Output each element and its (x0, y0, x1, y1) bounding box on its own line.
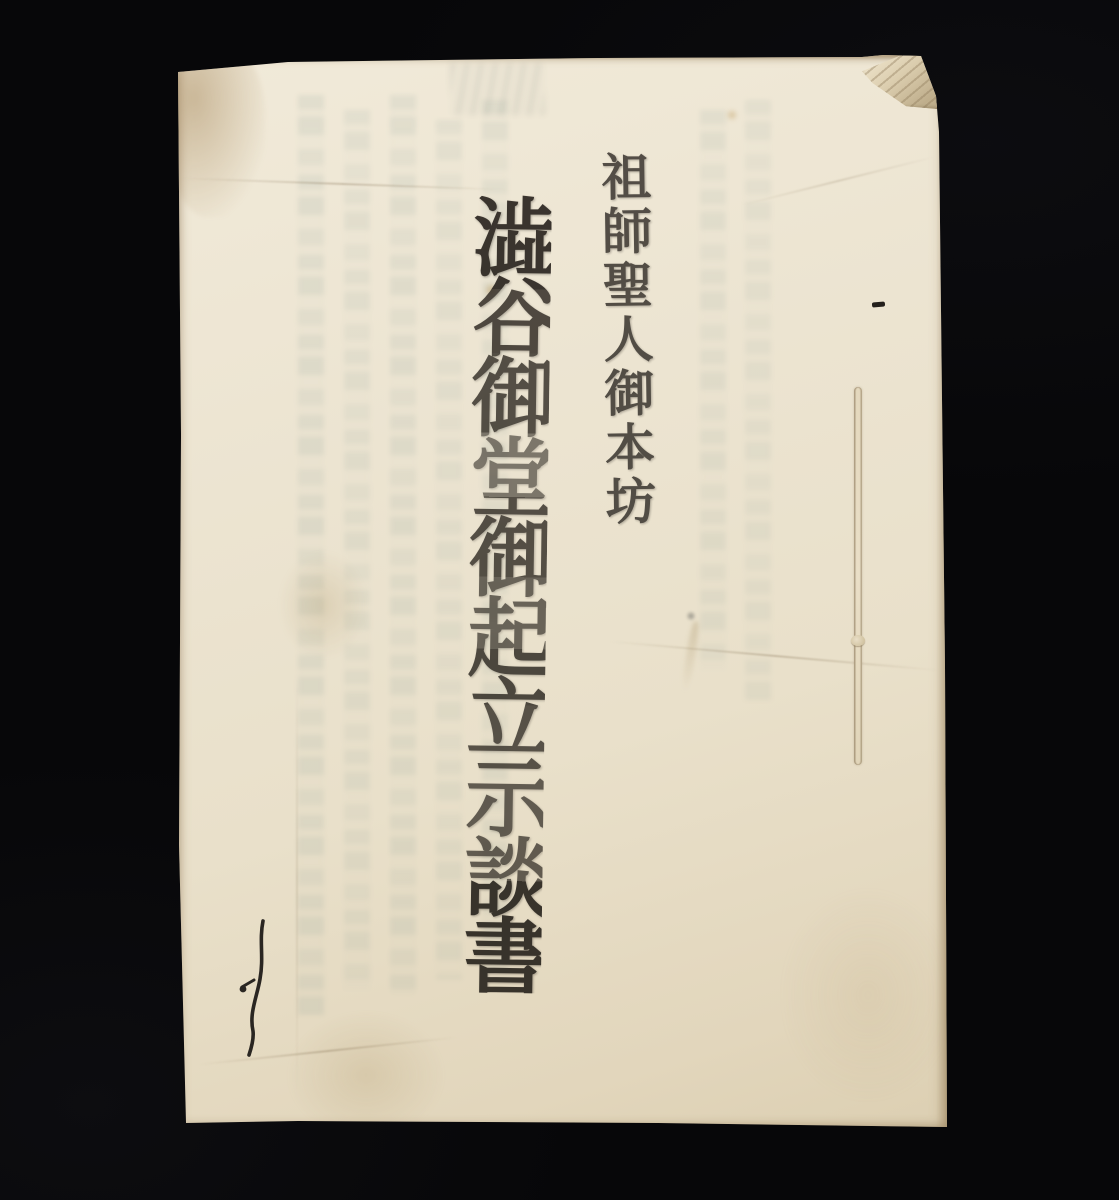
binding-stitch-thread (854, 387, 862, 765)
page-stack-edge-top (178, 55, 948, 60)
ghost-text-smudge (450, 63, 545, 115)
photo-background: { "scene": { "background_color": "#07070… (0, 0, 1119, 1200)
stain (778, 885, 958, 1105)
corner-stain (170, 47, 265, 217)
title-column: 澁谷御堂御起立示談書 (455, 192, 552, 993)
folded-corner (862, 55, 938, 109)
ghost-text-column (390, 95, 416, 995)
paper-crease (609, 640, 943, 671)
subtitle-column: 祖師聖人御本坊 (597, 151, 652, 530)
drip-streak (680, 621, 700, 694)
booklet-cover: 祖師聖人御本坊 澁谷御堂御起立示談書 (178, 55, 948, 1130)
ink-scribble-mark (236, 913, 280, 1068)
paper-crease (741, 156, 936, 206)
ghost-text-column (700, 110, 726, 670)
ghost-text-column (745, 100, 771, 700)
page-stack-edge-right (936, 95, 948, 1130)
stitch-knot (851, 635, 865, 646)
ink-dash-mark (872, 301, 885, 307)
gray-speck (686, 611, 696, 621)
paper-crease (296, 675, 298, 1095)
stain (286, 1010, 446, 1140)
ghost-text-column (344, 110, 370, 990)
fox-spot (726, 109, 738, 121)
stain (278, 550, 368, 660)
